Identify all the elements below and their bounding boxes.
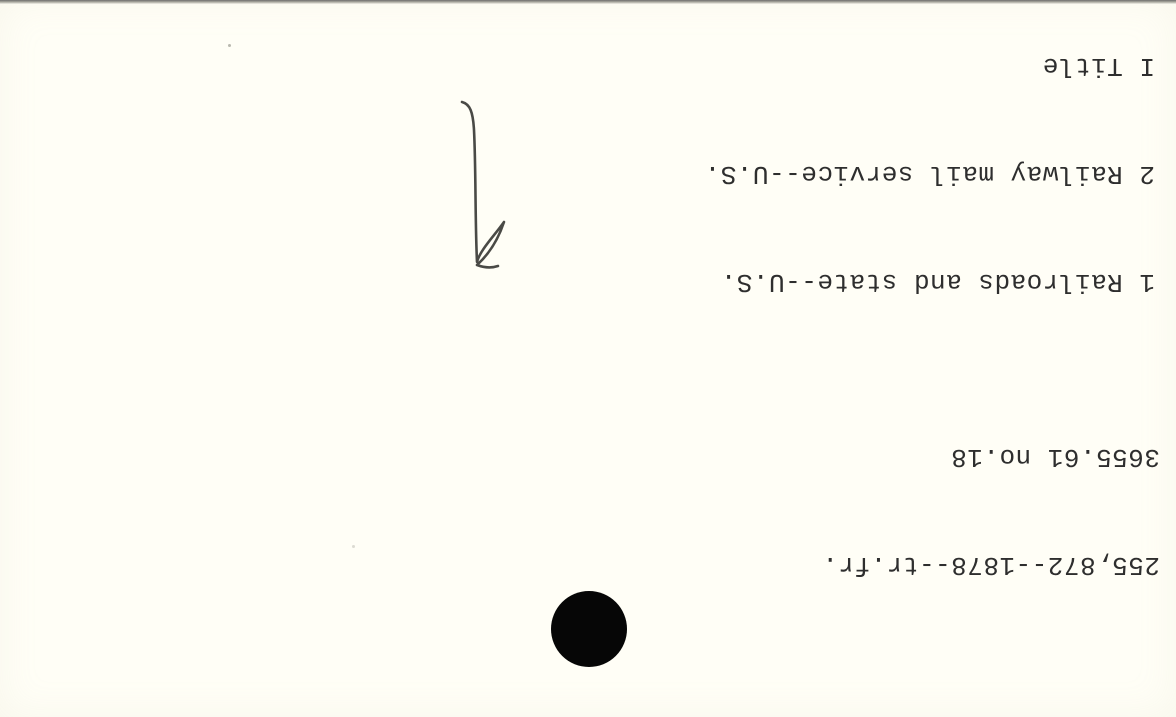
tracing-line: I Title xyxy=(595,48,1155,84)
paper-speck xyxy=(228,44,231,47)
pencil-arrow-icon xyxy=(440,90,530,280)
catalog-card: 1 Railroads and state--U.S. 2 Railway ma… xyxy=(0,0,1176,717)
call-number-line: 3655.61 no.18 xyxy=(720,439,1160,475)
call-number-line: 255,872--1878--tr.fr. xyxy=(720,547,1160,583)
subject-tracings: 1 Railroads and state--U.S. 2 Railway ma… xyxy=(595,214,1155,372)
punched-hole-icon xyxy=(551,591,627,667)
tracing-line: 2 Railway mail service--U.S. xyxy=(595,156,1155,192)
tracing-line: 1 Railroads and state--U.S. xyxy=(595,264,1155,300)
call-number: 255,872--1878--tr.fr. 3655.61 no.18 xyxy=(720,575,1160,655)
paper-speck xyxy=(352,545,355,548)
